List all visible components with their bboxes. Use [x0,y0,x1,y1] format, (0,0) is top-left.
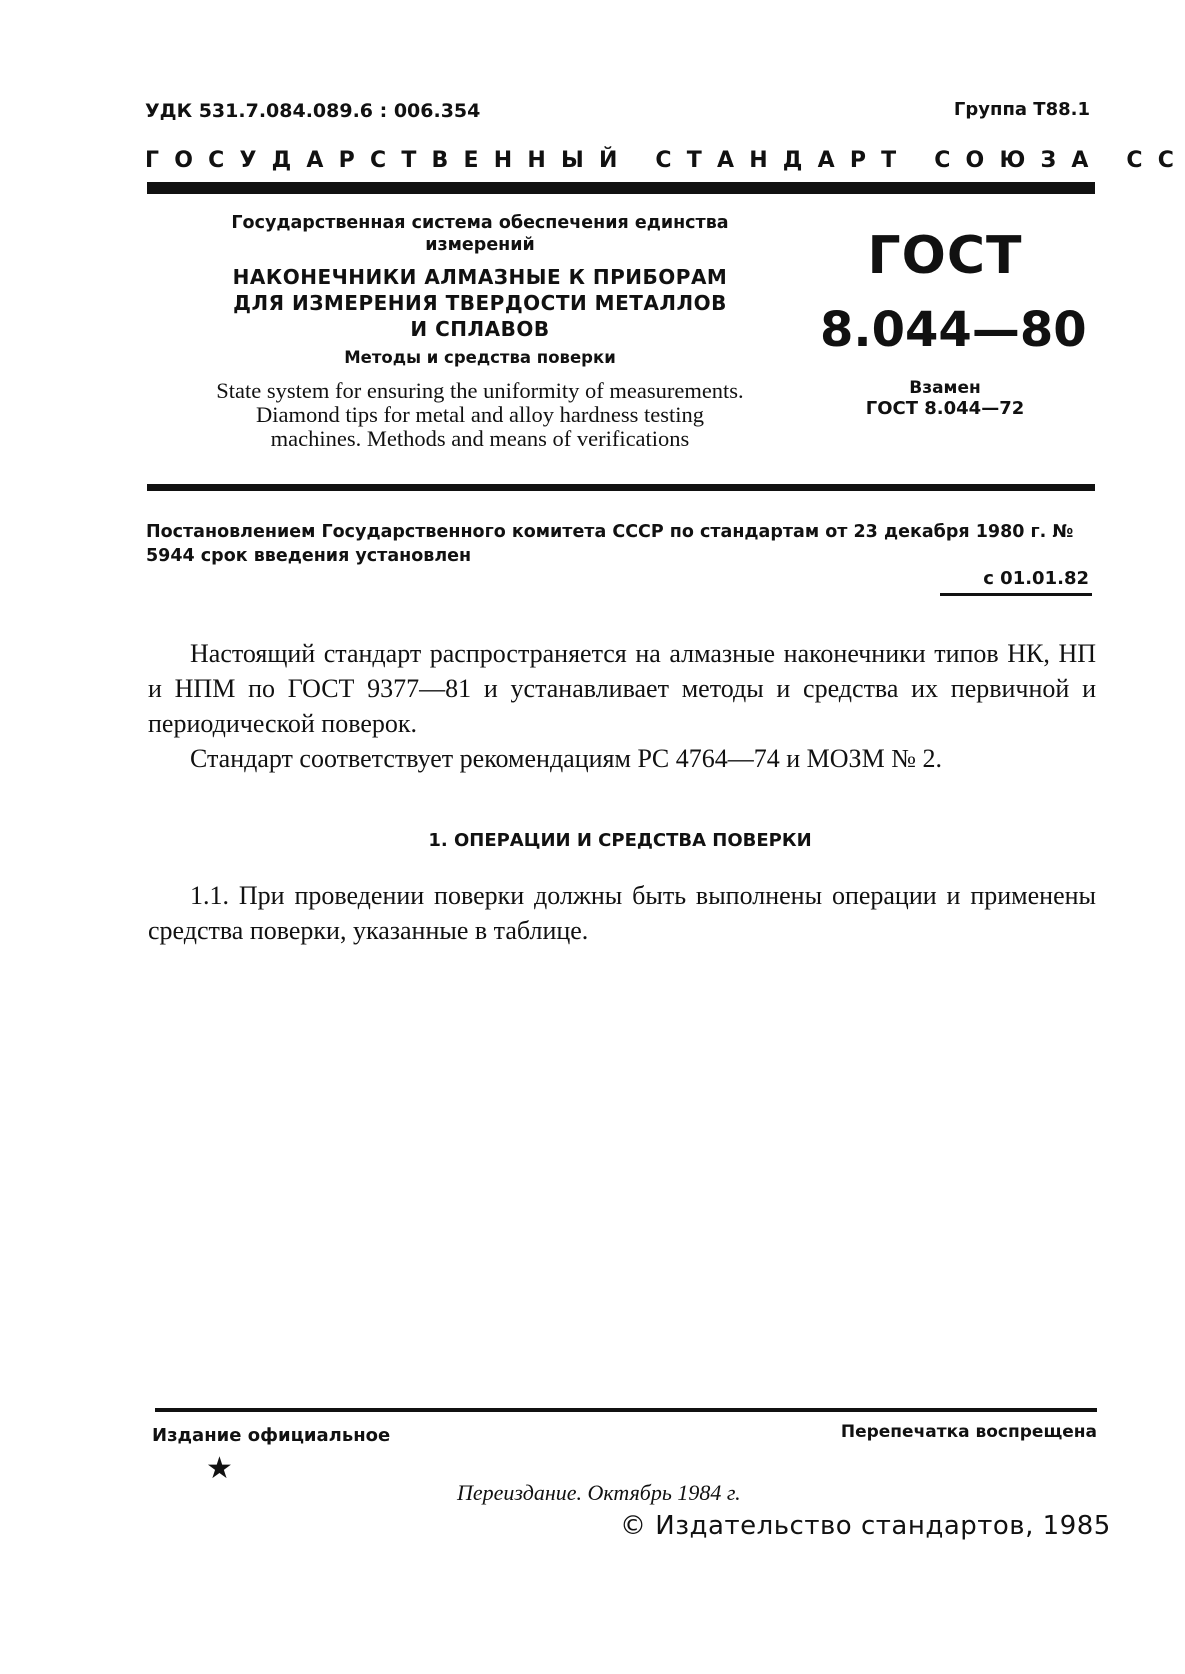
system-name: Государственная система обеспечения един… [150,212,810,256]
title-line: И СПЛАВОВ [150,316,810,342]
english-title: State system for ensuring the uniformity… [150,379,810,451]
english-line: State system for ensuring the uniformity… [150,379,810,403]
system-text: Государственная система обеспечения един… [231,213,728,255]
copyright-notice: © Издательство стандартов, 1985 [620,1511,1111,1541]
title-block: Государственная система обеспечения един… [150,212,810,451]
document-title: НАКОНЕЧНИКИ АЛМАЗНЫЕ К ПРИБОРАМ ДЛЯ ИЗМЕ… [150,264,810,342]
effective-date-underline [940,593,1092,596]
official-edition-label: Издание официальное [152,1425,390,1446]
title-line: ДЛЯ ИЗМЕРЕНИЯ ТВЕРДОСТИ МЕТАЛЛОВ [150,290,810,316]
replaces-number: ГОСТ 8.044—72 [820,398,1070,419]
footer-rule [155,1408,1097,1412]
gost-designation: ГОСТ 8.044—80 Взамен ГОСТ 8.044—72 [820,228,1070,419]
replaces-label: Взамен [820,378,1070,398]
star-icon: ★ [206,1451,233,1486]
header-thick-rule [147,182,1095,194]
udk-code: УДК 531.7.084.089.6 : 006.354 [145,100,480,122]
reissue-note: Переиздание. Октябрь 1984 г. [457,1480,741,1506]
state-standard-banner: ГОСУДАРСТВЕННЫЙ СТАНДАРТ СОЮЗА ССР [145,148,1185,173]
title-line: НАКОНЕЧНИКИ АЛМАЗНЫЕ К ПРИБОРАМ [150,264,810,290]
english-line: machines. Methods and means of verificat… [150,427,810,451]
intro-paragraph: Настоящий стандарт распространяется на а… [148,636,1096,741]
group-code: Группа Т88.1 [954,99,1090,120]
gost-number: 8.044—80 [820,302,1070,358]
document-subtitle: Методы и средства поверки [150,348,810,367]
reprint-prohibited-label: Перепечатка воспрещена [841,1422,1097,1442]
clause-1-1-text: 1.1. При проведении поверки должны быть … [148,881,1096,945]
gost-label: ГОСТ [820,228,1070,284]
compliance-paragraph-text: Стандарт соответствует рекомендациям PC … [190,744,942,773]
section-title: 1. ОПЕРАЦИИ И СРЕДСТВА ПОВЕРКИ [150,830,1090,851]
decree-text: Постановлением Государственного комитета… [146,520,1091,568]
clause-1-1: 1.1. При проведении поверки должны быть … [148,878,1096,948]
effective-date: с 01.01.82 [983,568,1089,589]
title-bottom-rule [147,484,1095,491]
english-line: Diamond tips for metal and alloy hardnes… [150,403,810,427]
compliance-paragraph: Стандарт соответствует рекомендациям PC … [148,741,1096,776]
intro-paragraph-text: Настоящий стандарт распространяется на а… [148,639,1096,738]
